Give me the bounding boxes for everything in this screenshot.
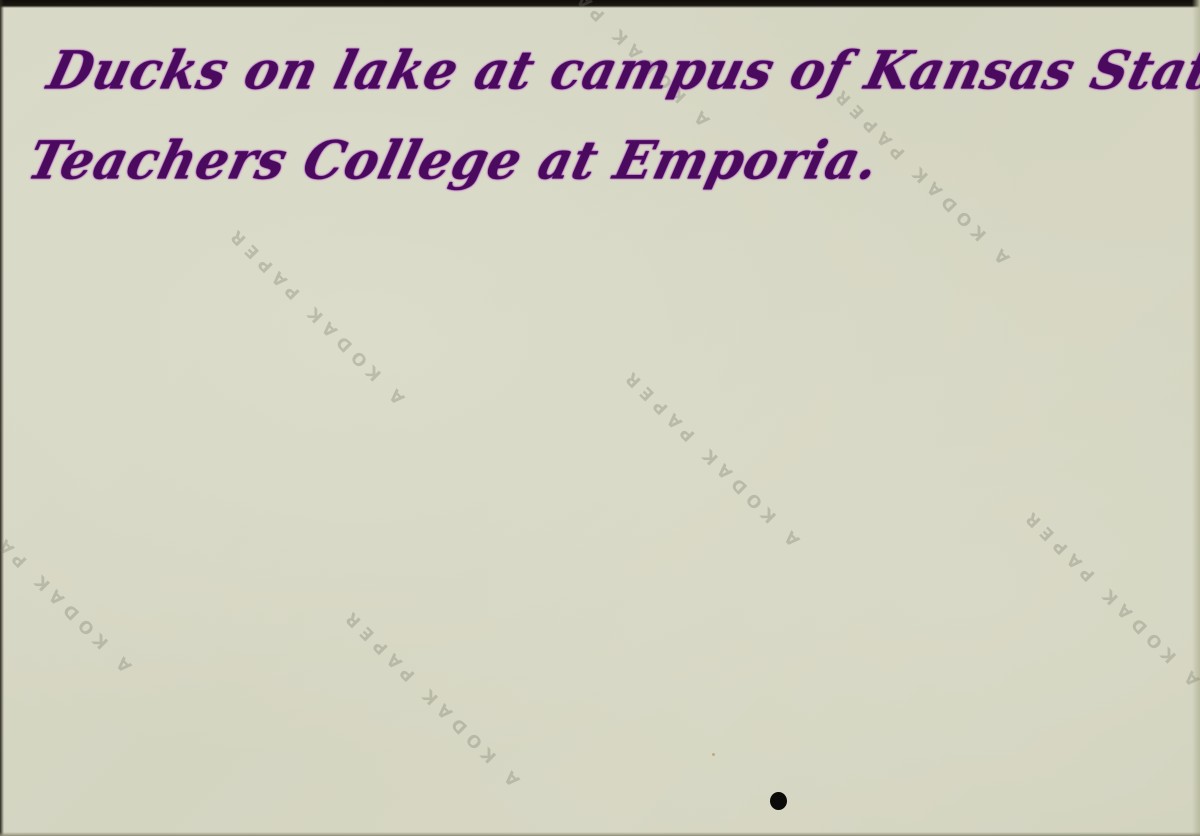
- ink-dot-mark: [770, 792, 787, 810]
- left-border-edge: [0, 0, 4, 836]
- bottom-border-edge: [0, 832, 1200, 836]
- paper-speck: [712, 753, 715, 756]
- kodak-watermark: A KODAK PAPER: [337, 603, 524, 790]
- photo-back-card: A KODAK PAPER A KODAK PAPER A KODAK PAPE…: [0, 0, 1200, 836]
- kodak-watermark: A KODAK PAPER: [222, 221, 409, 408]
- kodak-watermark: A KODAK PAPER: [617, 363, 804, 550]
- handwritten-inscription-line-2: Teachers College at Emporia.: [22, 129, 886, 191]
- kodak-watermark: A KODAK PAPER: [1017, 503, 1200, 690]
- kodak-watermark: A KODAK PAPER: [0, 489, 136, 676]
- handwritten-inscription-line-1: Ducks on lake at campus of Kansas State: [42, 39, 1200, 101]
- right-border-edge: [1192, 0, 1200, 836]
